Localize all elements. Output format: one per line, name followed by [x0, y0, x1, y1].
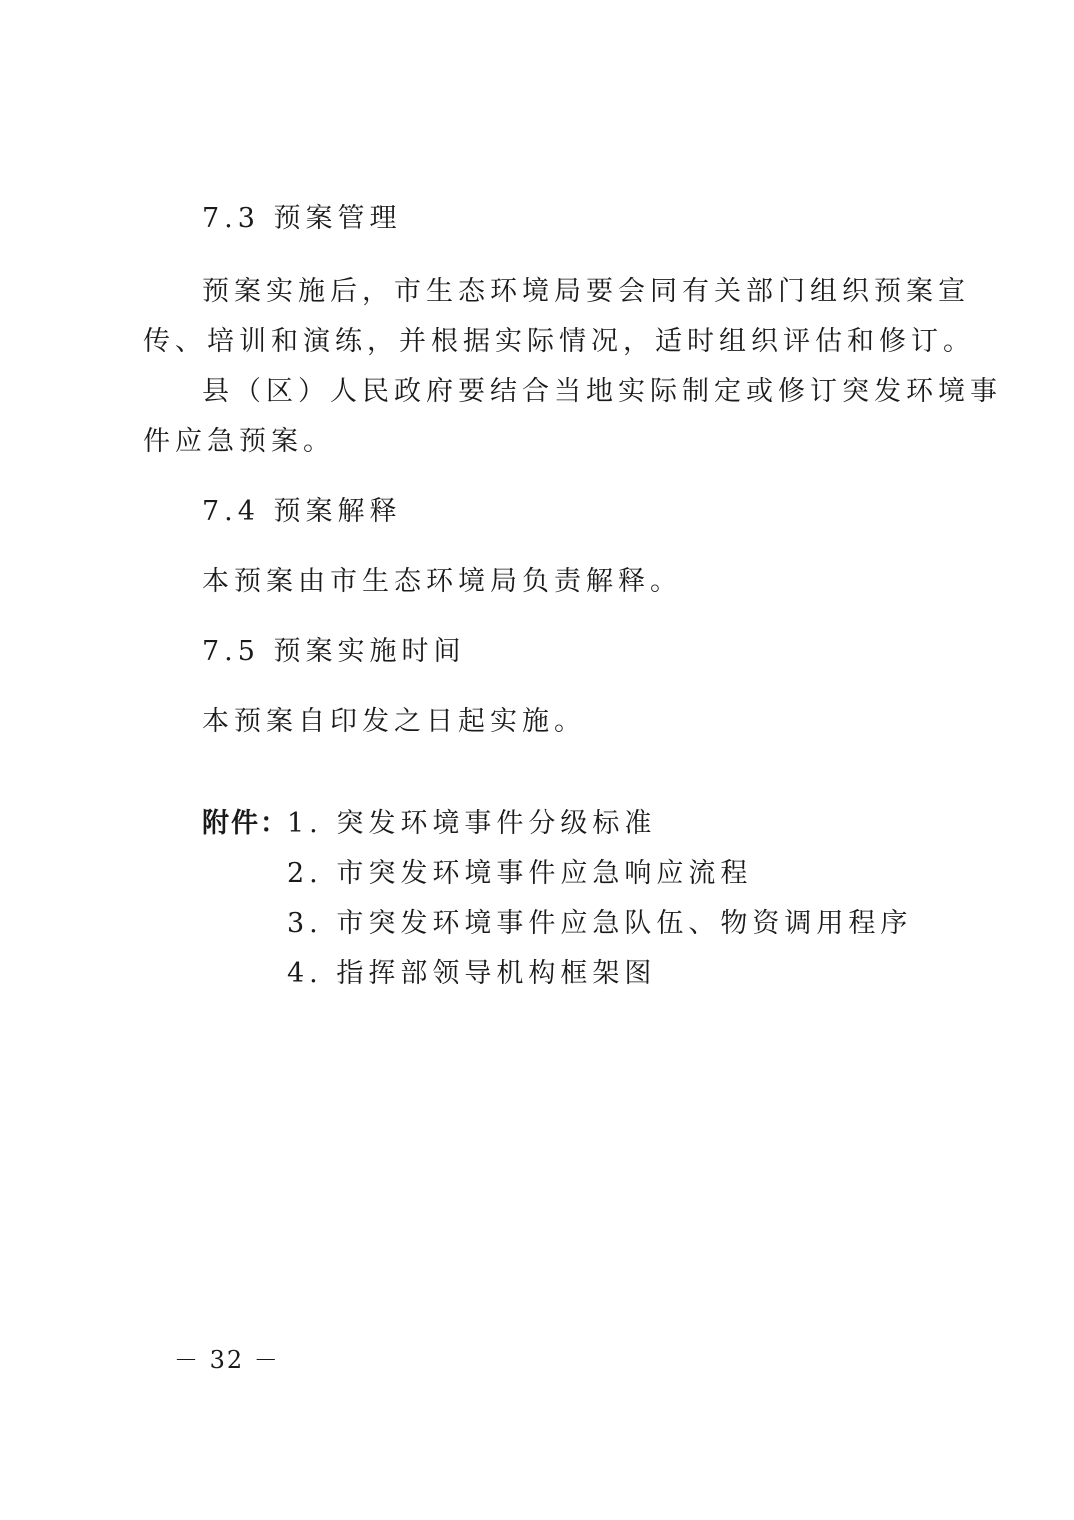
section-heading-7-4: 7.4 预案解释	[202, 495, 402, 529]
paragraph-line: 件应急预案。	[143, 425, 335, 459]
page-number: － 32 －	[174, 1340, 280, 1375]
attachments-label: 附件：	[202, 807, 289, 841]
attachment-item: 3. 市突发环境事件应急队伍、物资调用程序	[287, 907, 912, 941]
paragraph-line: 本预案自印发之日起实施。	[202, 705, 586, 739]
section-heading-7-5: 7.5 预案实施时间	[202, 635, 466, 669]
paragraph-line: 本预案由市生态环境局负责解释。	[202, 565, 682, 599]
attachment-item: 4. 指挥部领导机构框架图	[287, 957, 656, 991]
section-heading-7-3: 7.3 预案管理	[202, 202, 402, 236]
paragraph-line: 预案实施后，市生态环境局要会同有关部门组织预案宣	[202, 275, 970, 309]
attachment-item: 1. 突发环境事件分级标准	[287, 807, 656, 841]
document-page: 7.3 预案管理 预案实施后，市生态环境局要会同有关部门组织预案宣 传、培训和演…	[0, 0, 1074, 1520]
paragraph-line: 县（区）人民政府要结合当地实际制定或修订突发环境事	[202, 375, 1002, 409]
attachment-item: 2. 市突发环境事件应急响应流程	[287, 857, 752, 891]
paragraph-line: 传、培训和演练，并根据实际情况，适时组织评估和修订。	[143, 325, 975, 359]
